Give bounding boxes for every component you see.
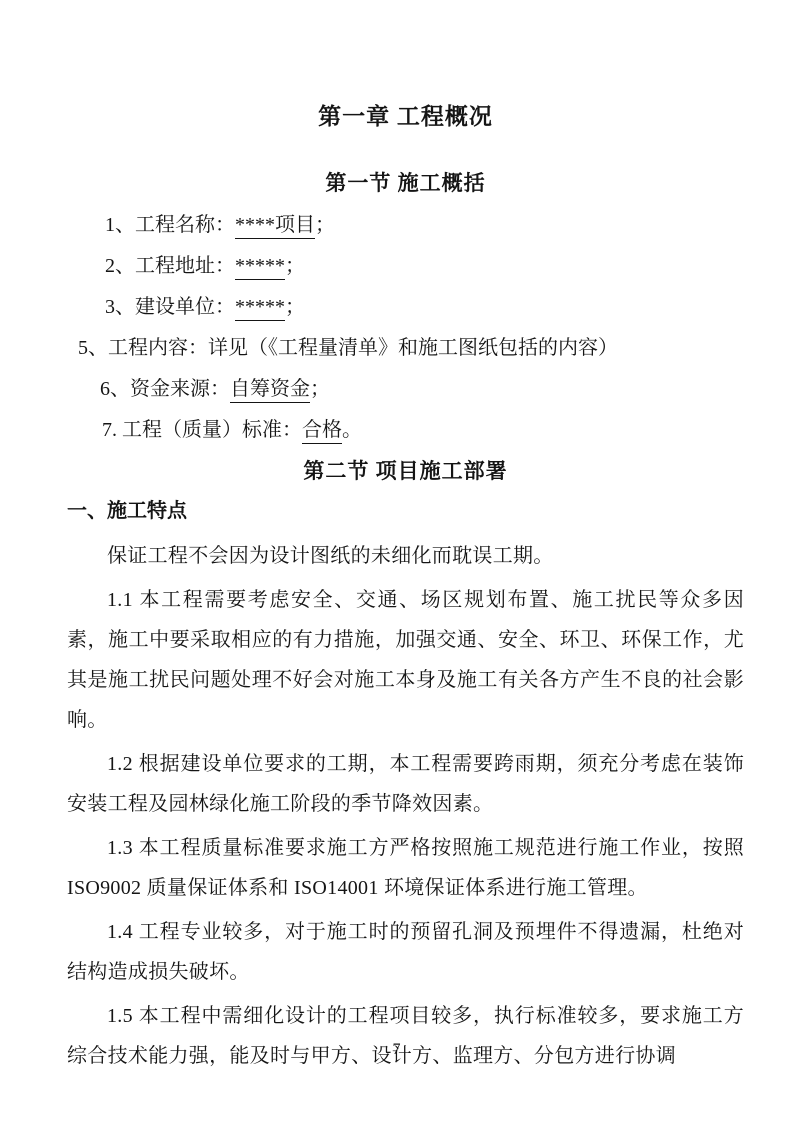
project-info-item: 2、工程地址：*****； xyxy=(67,252,744,280)
underlined-value: 合格 xyxy=(302,419,342,444)
paragraph: 1.4 工程专业较多，对于施工时的预留孔洞及预埋件不得遗漏，杜绝对结构造成损失破… xyxy=(67,912,744,992)
body-paragraphs: 保证工程不会因为设计图纸的未细化而耽误工期。1.1 本工程需要考虑安全、交通、场… xyxy=(67,536,744,1076)
chapter-title: 第一章 工程概况 xyxy=(67,103,744,131)
project-info-item: 1、工程名称：****项目； xyxy=(67,211,744,239)
project-info-item: 7. 工程（质量）标准：合格。 xyxy=(67,416,744,444)
project-info-item: 6、资金来源：自筹资金； xyxy=(67,375,744,403)
subsection-heading: 一、施工特点 xyxy=(67,497,744,525)
underlined-value: 自筹资金 xyxy=(230,378,310,403)
item-label: 6、资金来源： xyxy=(100,378,230,400)
paragraph: 1.3 本工程质量标准要求施工方严格按照施工规范进行施工作业，按照 ISO900… xyxy=(67,828,744,908)
project-info-item: 5、工程内容：详见（《工程量清单》和施工图纸包括的内容） xyxy=(67,334,744,362)
item-label: 2、工程地址： xyxy=(105,255,235,277)
underlined-value: ****项目 xyxy=(235,214,315,239)
item-label: 1、工程名称： xyxy=(105,214,235,236)
paragraph: 1.2 根据建设单位要求的工期，本工程需要跨雨期，须充分考虑在装饰安装工程及园林… xyxy=(67,744,744,824)
project-info-item: 3、建设单位：*****； xyxy=(67,293,744,321)
paragraph: 1.5 本工程中需细化设计的工程项目较多，执行标准较多，要求施工方综合技术能力强… xyxy=(67,996,744,1076)
underlined-value: ***** xyxy=(235,296,285,321)
section-1-title: 第一节 施工概括 xyxy=(67,169,744,197)
page-number: 7 xyxy=(0,1039,793,1061)
paragraph: 1.1 本工程需要考虑安全、交通、场区规划布置、施工扰民等众多因素，施工中要采取… xyxy=(67,580,744,740)
item-label: 7. 工程（质量）标准： xyxy=(102,419,302,441)
document-page: 第一章 工程概况 第一节 施工概括 1、工程名称：****项目；2、工程地址：*… xyxy=(0,0,793,1122)
underlined-value: ***** xyxy=(235,255,285,280)
item-label: 3、建设单位： xyxy=(105,296,235,318)
section-2-title: 第二节 项目施工部署 xyxy=(67,457,744,485)
item-label: 5、工程内容：详见（《工程量清单》和施工图纸包括的内容） xyxy=(78,337,618,359)
project-info-list: 1、工程名称：****项目；2、工程地址：*****；3、建设单位：*****；… xyxy=(67,211,744,444)
paragraph: 保证工程不会因为设计图纸的未细化而耽误工期。 xyxy=(67,536,744,576)
